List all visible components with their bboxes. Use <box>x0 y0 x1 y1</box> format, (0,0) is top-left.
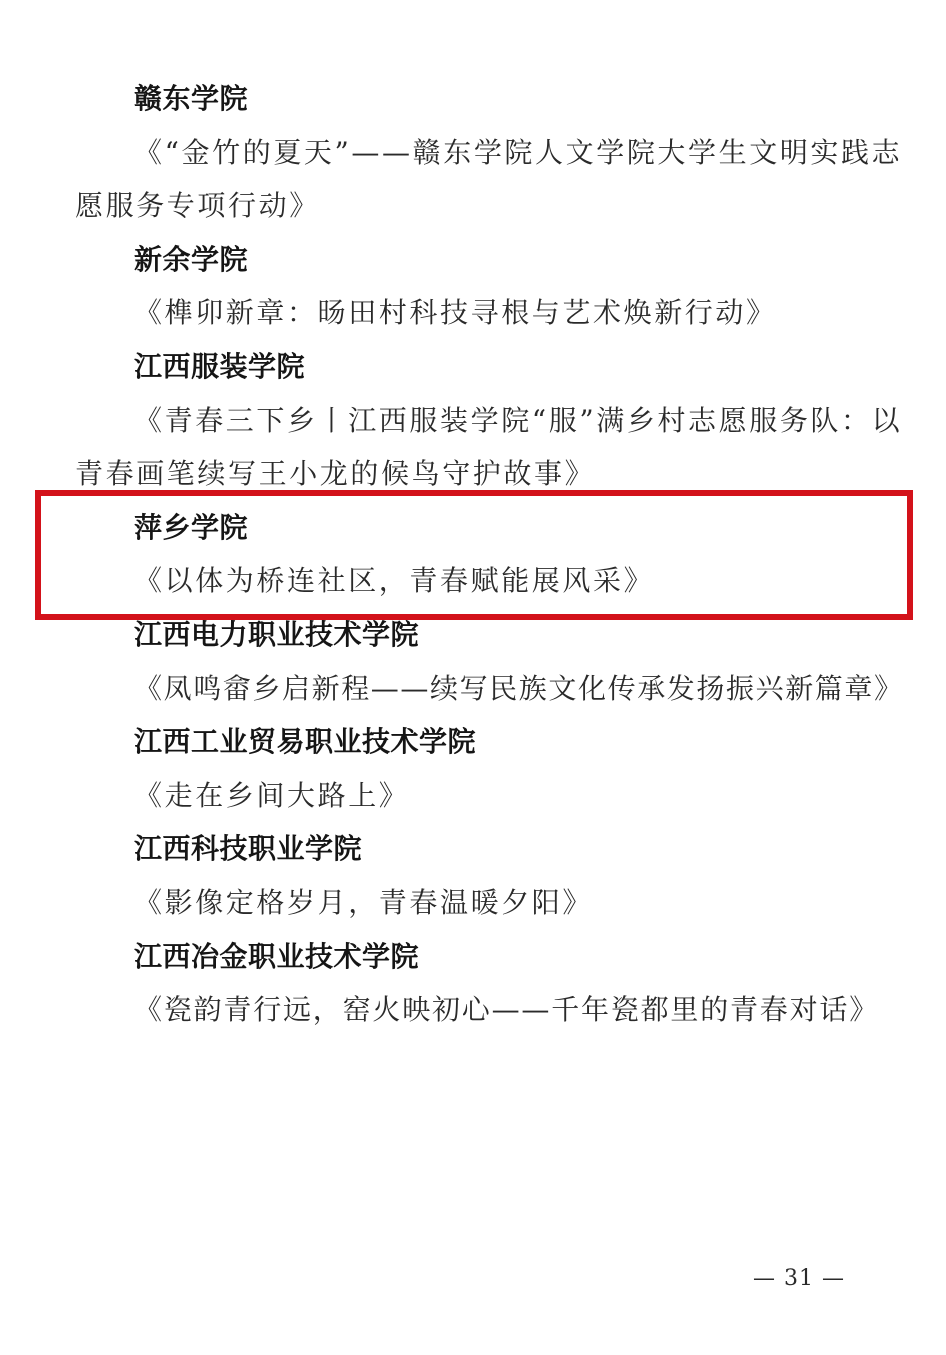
entry-jiangxi-industry-trade: 江西工业贸易职业技术学院 《走在乡间大路上》 <box>75 715 880 822</box>
project-title-line: 《影像定格岁月，青春温暖夕阳》 <box>75 876 880 930</box>
project-title-line: 《以体为桥连社区，青春赋能展风采》 <box>75 554 880 608</box>
project-title-line: 《走在乡间大路上》 <box>75 769 880 823</box>
institution-name: 江西工业贸易职业技术学院 <box>75 715 880 769</box>
entry-jiangxi-tech: 江西科技职业学院 《影像定格岁月，青春温暖夕阳》 <box>75 822 880 929</box>
project-title-line: 青春画笔续写王小龙的候鸟守护故事》 <box>75 447 880 501</box>
entry-jiangxi-fashion: 江西服装学院 《青春三下乡丨江西服装学院“服”满乡村志愿服务队：以 青春画笔续写… <box>75 340 880 501</box>
entry-pingxiang-highlighted: 萍乡学院 《以体为桥连社区，青春赋能展风采》 <box>75 501 880 608</box>
institution-name: 新余学院 <box>75 233 880 287</box>
project-title-line: 《榫卯新章：旸田村科技寻根与艺术焕新行动》 <box>75 286 880 340</box>
institution-name: 赣东学院 <box>75 72 880 126</box>
entry-jiangxi-electric: 江西电力职业技术学院 《凤鸣畲乡启新程——续写民族文化传承发扬振兴新篇章》 <box>75 608 880 715</box>
document-page: 赣东学院 《“金竹的夏天”——赣东学院人文学院大学生文明实践志 愿服务专项行动》… <box>0 0 946 1355</box>
institution-name: 江西服装学院 <box>75 340 880 394</box>
entry-jiangxi-metallurgy: 江西冶金职业技术学院 《瓷韵青行远，窑火映初心——千年瓷都里的青春对话》 <box>75 930 880 1037</box>
institution-name: 江西冶金职业技术学院 <box>75 930 880 984</box>
entry-gandong: 赣东学院 《“金竹的夏天”——赣东学院人文学院大学生文明实践志 愿服务专项行动》 <box>75 72 880 233</box>
project-title-line: 《瓷韵青行远，窑火映初心——千年瓷都里的青春对话》 <box>75 983 880 1037</box>
entry-list: 赣东学院 《“金竹的夏天”——赣东学院人文学院大学生文明实践志 愿服务专项行动》… <box>75 72 880 1037</box>
project-title-line: 《青春三下乡丨江西服装学院“服”满乡村志愿服务队：以 <box>75 394 880 448</box>
project-title-line: 《“金竹的夏天”——赣东学院人文学院大学生文明实践志 <box>75 126 880 180</box>
project-title-line: 《凤鸣畲乡启新程——续写民族文化传承发扬振兴新篇章》 <box>75 662 880 716</box>
institution-name: 萍乡学院 <box>75 501 880 555</box>
page-number: — 31 — <box>744 1266 854 1291</box>
project-title-line: 愿服务专项行动》 <box>75 179 880 233</box>
institution-name: 江西科技职业学院 <box>75 822 880 876</box>
institution-name: 江西电力职业技术学院 <box>75 608 880 662</box>
entry-xinyu: 新余学院 《榫卯新章：旸田村科技寻根与艺术焕新行动》 <box>75 233 880 340</box>
